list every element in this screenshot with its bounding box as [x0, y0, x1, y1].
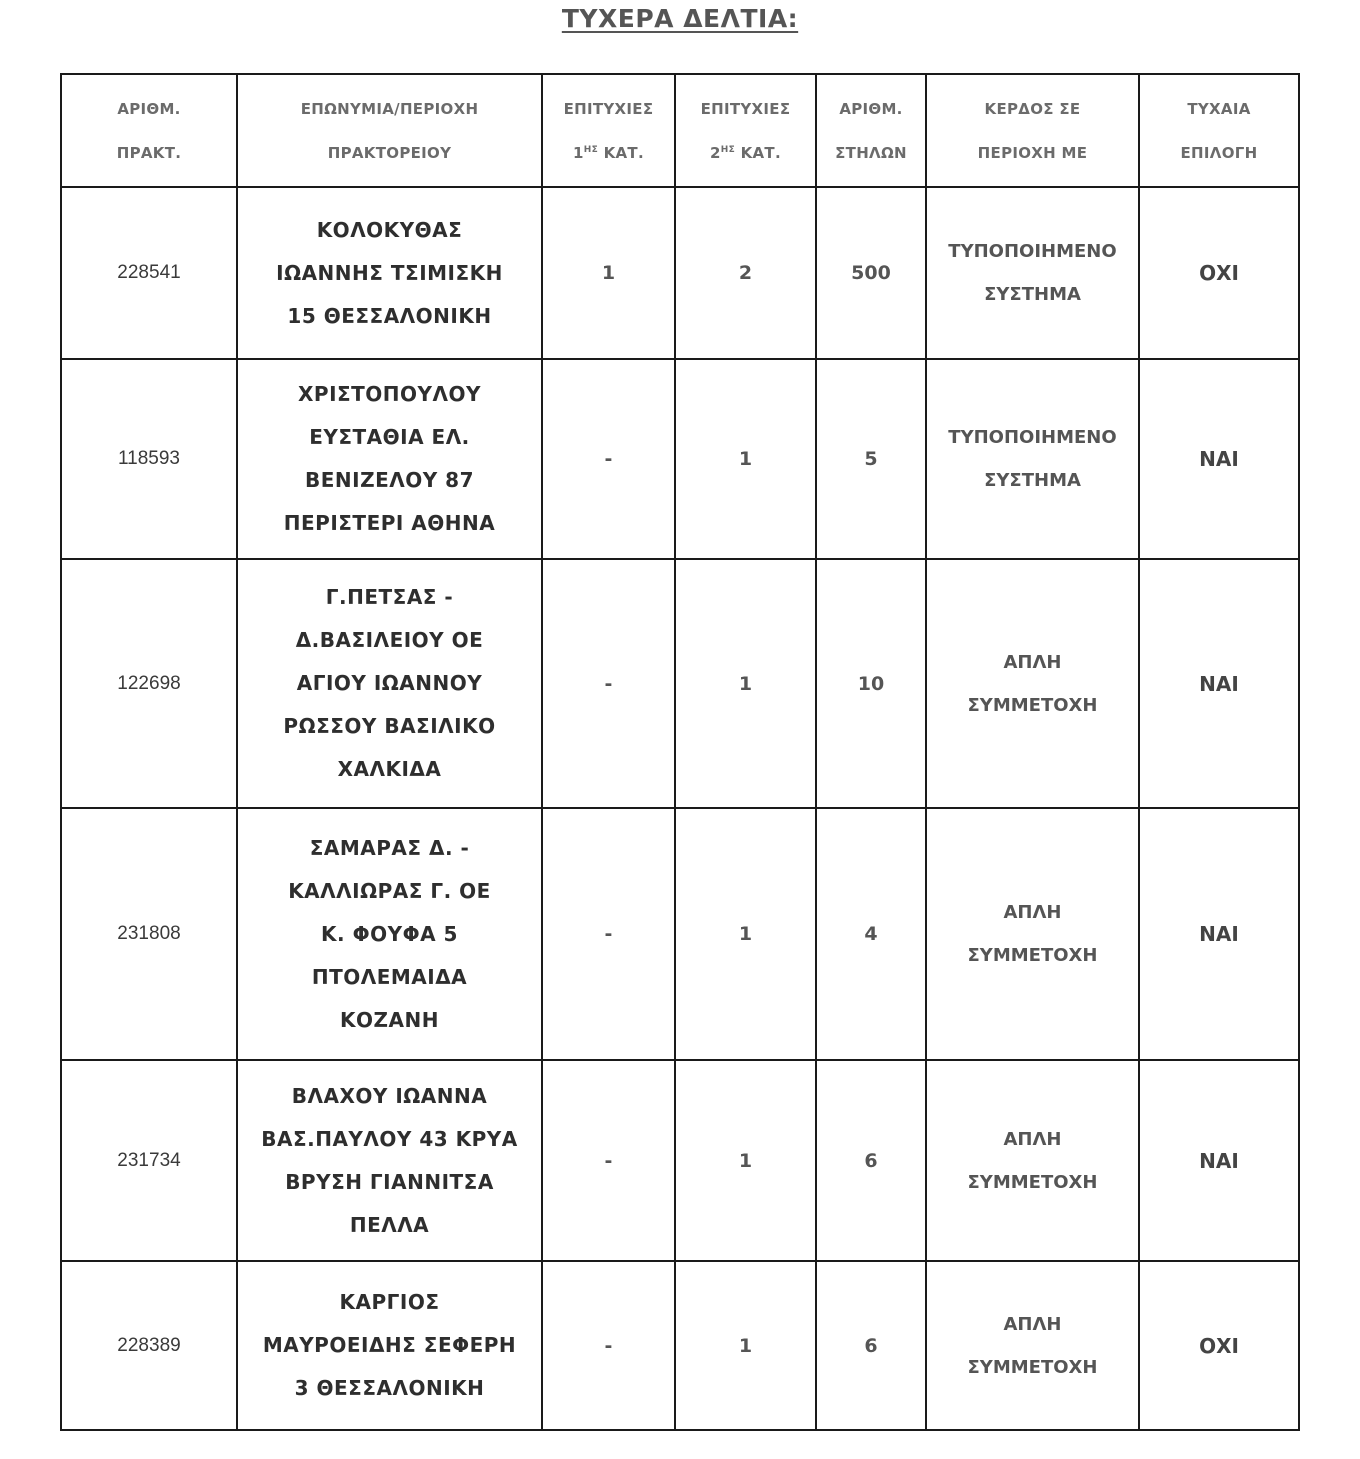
column-count-cell: 4	[816, 808, 926, 1060]
header-random-pick: ΤΥΧΑΙΑΕΠΙΛΟΓΗ	[1139, 74, 1299, 187]
agency-name-cell: ΣΑΜΑΡΑΣ Δ. -ΚΑΛΛΙΩΡΑΣ Γ. ΟΕΚ. ΦΟΥΦΑ 5ΠΤΟ…	[237, 808, 542, 1060]
first-category-cell: -	[542, 559, 675, 808]
column-count-cell: 10	[816, 559, 926, 808]
first-category-cell: 1	[542, 187, 675, 359]
agency-name-line: ΕΥΣΤΑΘΙΑ ΕΛ.	[244, 416, 535, 459]
page-title: ΤΥΧΕΡΑ ΔΕΛΤΙΑ:	[0, 4, 1360, 33]
column-count-cell: 5	[816, 359, 926, 559]
table-row: 118593ΧΡΙΣΤΟΠΟΥΛΟΥΕΥΣΤΑΘΙΑ ΕΛ.ΒΕΝΙΖΕΛΟΥ …	[61, 359, 1299, 559]
gain-type-line: ΣΥΣΤΗΜΑ	[933, 459, 1132, 502]
agency-name-line: 15 ΘΕΣΣΑΛΟΝΙΚΗ	[244, 295, 535, 338]
first-category-cell: -	[542, 1060, 675, 1261]
agency-name-line: ΠΤΟΛΕΜΑΙΔΑ	[244, 956, 535, 999]
winning-tickets-table: ΑΡΙΘΜ.ΠΡΑΚΤ. ΕΠΩΝΥΜΙΑ/ΠΕΡΙΟΧΗΠΡΑΚΤΟΡΕΙΟΥ…	[60, 73, 1300, 1431]
second-category-cell: 2	[675, 187, 816, 359]
second-category-cell: 1	[675, 559, 816, 808]
gain-type-line: ΤΥΠΟΠΟΙΗΜΕΝΟ	[933, 230, 1132, 273]
gain-type-line: ΑΠΛΗ	[933, 1118, 1132, 1161]
agency-name-line: ΜΑΥΡΟΕΙΔΗΣ ΣΕΦΕΡΗ	[244, 1324, 535, 1367]
header-first-category-wins: ΕΠΙΤΥΧΙΕΣ 1ΗΣ ΚΑΤ.	[542, 74, 675, 187]
first-category-cell: -	[542, 359, 675, 559]
gain-type-line: ΣΥΜΜΕΤΟΧΗ	[933, 1346, 1132, 1389]
agency-name-cell: ΒΛΑΧΟΥ ΙΩΑΝΝΑΒΑΣ.ΠΑΥΛΟΥ 43 ΚΡΥΑΒΡΥΣΗ ΓΙΑ…	[237, 1060, 542, 1261]
column-count-cell: 6	[816, 1261, 926, 1430]
agency-name-line: ΚΑΡΓΙΟΣ	[244, 1281, 535, 1324]
agency-name-line: Κ. ΦΟΥΦΑ 5	[244, 913, 535, 956]
agency-number-cell: 231734	[61, 1060, 237, 1261]
agency-name-cell: Γ.ΠΕΤΣΑΣ -Δ.ΒΑΣΙΛΕΙΟΥ ΟΕΑΓΙΟΥ ΙΩΑΝΝΟΥΡΩΣ…	[237, 559, 542, 808]
agency-name-line: ΒΕΝΙΖΕΛΟΥ 87	[244, 459, 535, 502]
agency-name-line: ΚΑΛΛΙΩΡΑΣ Γ. ΟΕ	[244, 870, 535, 913]
header-column-count: ΑΡΙΘΜ.ΣΤΗΛΩΝ	[816, 74, 926, 187]
table-row: 122698Γ.ΠΕΤΣΑΣ -Δ.ΒΑΣΙΛΕΙΟΥ ΟΕΑΓΙΟΥ ΙΩΑΝ…	[61, 559, 1299, 808]
agency-number-cell: 231808	[61, 808, 237, 1060]
agency-name-cell: ΚΟΛΟΚΥΘΑΣΙΩΑΝΝΗΣ ΤΣΙΜΙΣΚΗ15 ΘΕΣΣΑΛΟΝΙΚΗ	[237, 187, 542, 359]
random-pick-cell: ΟΧΙ	[1139, 1261, 1299, 1430]
agency-name-line: ΒΑΣ.ΠΑΥΛΟΥ 43 ΚΡΥΑ	[244, 1118, 535, 1161]
table-row: 231808ΣΑΜΑΡΑΣ Δ. -ΚΑΛΛΙΩΡΑΣ Γ. ΟΕΚ. ΦΟΥΦ…	[61, 808, 1299, 1060]
gain-type-line: ΤΥΠΟΠΟΙΗΜΕΝΟ	[933, 416, 1132, 459]
column-count-cell: 500	[816, 187, 926, 359]
agency-name-line: ΧΡΙΣΤΟΠΟΥΛΟΥ	[244, 373, 535, 416]
gain-type-line: ΣΥΣΤΗΜΑ	[933, 273, 1132, 316]
gain-type-cell: ΑΠΛΗΣΥΜΜΕΤΟΧΗ	[926, 1261, 1139, 1430]
second-category-cell: 1	[675, 808, 816, 1060]
gain-type-line: ΣΥΜΜΕΤΟΧΗ	[933, 934, 1132, 977]
agency-name-cell: ΧΡΙΣΤΟΠΟΥΛΟΥΕΥΣΤΑΘΙΑ ΕΛ.ΒΕΝΙΖΕΛΟΥ 87ΠΕΡΙ…	[237, 359, 542, 559]
agency-name-line: ΒΛΑΧΟΥ ΙΩΑΝΝΑ	[244, 1075, 535, 1118]
table-row: 228541ΚΟΛΟΚΥΘΑΣΙΩΑΝΝΗΣ ΤΣΙΜΙΣΚΗ15 ΘΕΣΣΑΛ…	[61, 187, 1299, 359]
agency-name-line: ΣΑΜΑΡΑΣ Δ. -	[244, 827, 535, 870]
agency-name-line: Γ.ΠΕΤΣΑΣ -	[244, 576, 535, 619]
first-category-cell: -	[542, 808, 675, 1060]
agency-name-line: ΠΕΛΛΑ	[244, 1204, 535, 1247]
table-row: 231734ΒΛΑΧΟΥ ΙΩΑΝΝΑΒΑΣ.ΠΑΥΛΟΥ 43 ΚΡΥΑΒΡΥ…	[61, 1060, 1299, 1261]
random-pick-cell: ΝΑΙ	[1139, 559, 1299, 808]
agency-name-line: Δ.ΒΑΣΙΛΕΙΟΥ ΟΕ	[244, 619, 535, 662]
header-second-category-wins: ΕΠΙΤΥΧΙΕΣ 2ΗΣ ΚΑΤ.	[675, 74, 816, 187]
header-agency-name: ΕΠΩΝΥΜΙΑ/ΠΕΡΙΟΧΗΠΡΑΚΤΟΡΕΙΟΥ	[237, 74, 542, 187]
agency-number-cell: 118593	[61, 359, 237, 559]
agency-name-line: ΠΕΡΙΣΤΕΡΙ ΑΘΗΝΑ	[244, 502, 535, 545]
random-pick-cell: ΟΧΙ	[1139, 187, 1299, 359]
second-category-cell: 1	[675, 1261, 816, 1430]
agency-name-line: 3 ΘΕΣΣΑΛΟΝΙΚΗ	[244, 1367, 535, 1410]
first-category-cell: -	[542, 1261, 675, 1430]
gain-type-line: ΣΥΜΜΕΤΟΧΗ	[933, 1161, 1132, 1204]
agency-name-line: ΚΟΛΟΚΥΘΑΣ	[244, 209, 535, 252]
header-gain-type: ΚΕΡΔΟΣ ΣΕΠΕΡΙΟΧΗ ΜΕ	[926, 74, 1139, 187]
random-pick-cell: ΝΑΙ	[1139, 359, 1299, 559]
gain-type-cell: ΑΠΛΗΣΥΜΜΕΤΟΧΗ	[926, 559, 1139, 808]
agency-name-line: ΒΡΥΣΗ ΓΙΑΝΝΙΤΣΑ	[244, 1161, 535, 1204]
gain-type-line: ΑΠΛΗ	[933, 641, 1132, 684]
agency-name-line: ΙΩΑΝΝΗΣ ΤΣΙΜΙΣΚΗ	[244, 252, 535, 295]
page-title-text: ΤΥΧΕΡΑ ΔΕΛΤΙΑ:	[562, 4, 798, 33]
gain-type-cell: ΤΥΠΟΠΟΙΗΜΕΝΟΣΥΣΤΗΜΑ	[926, 359, 1139, 559]
gain-type-cell: ΤΥΠΟΠΟΙΗΜΕΝΟΣΥΣΤΗΜΑ	[926, 187, 1139, 359]
gain-type-cell: ΑΠΛΗΣΥΜΜΕΤΟΧΗ	[926, 808, 1139, 1060]
agency-name-line: ΡΩΣΣΟΥ ΒΑΣΙΛΙΚΟ	[244, 705, 535, 748]
second-category-cell: 1	[675, 1060, 816, 1261]
agency-name-line: ΚΟΖΑΝΗ	[244, 999, 535, 1042]
agency-number-cell: 228541	[61, 187, 237, 359]
agency-name-cell: ΚΑΡΓΙΟΣΜΑΥΡΟΕΙΔΗΣ ΣΕΦΕΡΗ3 ΘΕΣΣΑΛΟΝΙΚΗ	[237, 1261, 542, 1430]
gain-type-line: ΑΠΛΗ	[933, 1303, 1132, 1346]
table-row: 228389ΚΑΡΓΙΟΣΜΑΥΡΟΕΙΔΗΣ ΣΕΦΕΡΗ3 ΘΕΣΣΑΛΟΝ…	[61, 1261, 1299, 1430]
table-header-row: ΑΡΙΘΜ.ΠΡΑΚΤ. ΕΠΩΝΥΜΙΑ/ΠΕΡΙΟΧΗΠΡΑΚΤΟΡΕΙΟΥ…	[61, 74, 1299, 187]
agency-name-line: ΑΓΙΟΥ ΙΩΑΝΝΟΥ	[244, 662, 535, 705]
random-pick-cell: ΝΑΙ	[1139, 1060, 1299, 1261]
header-agency-number: ΑΡΙΘΜ.ΠΡΑΚΤ.	[61, 74, 237, 187]
gain-type-line: ΑΠΛΗ	[933, 891, 1132, 934]
agency-number-cell: 122698	[61, 559, 237, 808]
gain-type-line: ΣΥΜΜΕΤΟΧΗ	[933, 684, 1132, 727]
agency-name-line: ΧΑΛΚΙΔΑ	[244, 748, 535, 791]
gain-type-cell: ΑΠΛΗΣΥΜΜΕΤΟΧΗ	[926, 1060, 1139, 1261]
agency-number-cell: 228389	[61, 1261, 237, 1430]
column-count-cell: 6	[816, 1060, 926, 1261]
random-pick-cell: ΝΑΙ	[1139, 808, 1299, 1060]
second-category-cell: 1	[675, 359, 816, 559]
